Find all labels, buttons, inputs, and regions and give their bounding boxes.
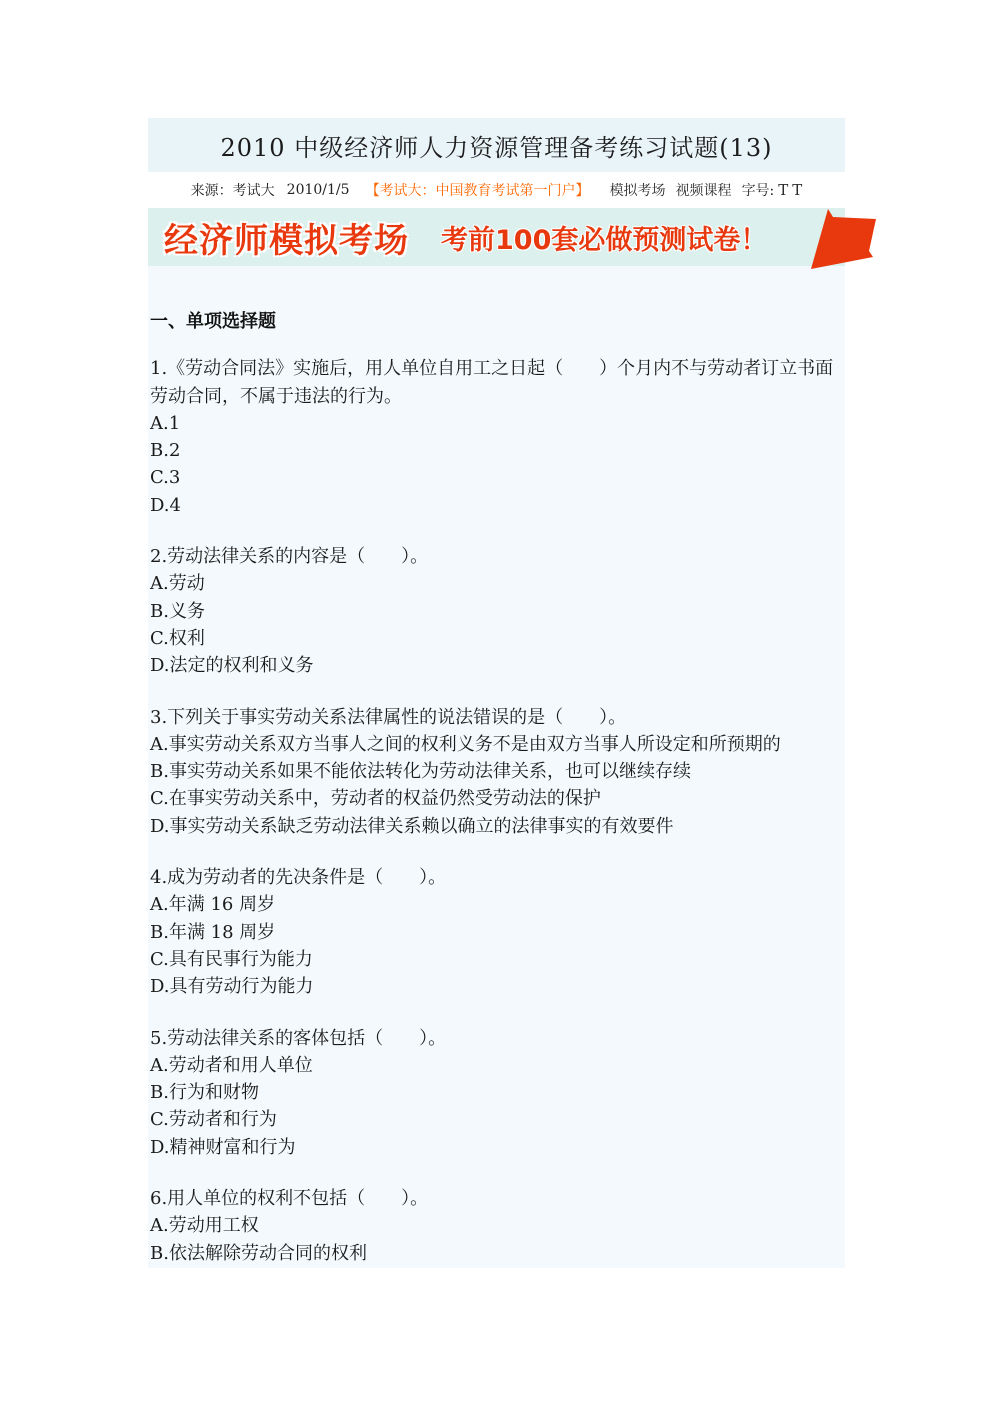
question-3-option-b: B.事实劳动关系如果不能依法转化为劳动法律关系，也可以继续存续 <box>150 758 843 785</box>
question-6-option-a: A.劳动用工权 <box>150 1212 843 1239</box>
question-2-option-b: B.义务 <box>150 598 843 625</box>
question-block-6: 6.用人单位的权利不包括（ ）。 A.劳动用工权 B.依法解除劳动合同的权利 <box>150 1185 843 1267</box>
question-block-4: 4.成为劳动者的先决条件是（ ）。 A.年满 16 周岁 B.年满 18 周岁 … <box>150 864 843 1000</box>
promo-banner[interactable]: 经济师模拟考场 考前100套必做预测试卷！ <box>148 208 845 266</box>
question-2-option-c: C.权利 <box>150 625 843 652</box>
banner-brand-text: 经济师模拟考场 <box>164 213 409 262</box>
question-1-option-a: A.1 <box>150 410 843 437</box>
font-size-large-button[interactable]: T <box>778 181 788 199</box>
question-1-text: 1.《劳动合同法》实施后，用人单位自用工之日起（ ）个月内不与劳动者订立书面劳动… <box>150 355 843 410</box>
title-band: 2010 中级经济师人力资源管理备考练习试题(13) <box>148 118 845 172</box>
question-block-3: 3.下列关于事实劳动关系法律属性的说法错误的是（ ）。 A.事实劳动关系双方当事… <box>150 704 843 840</box>
page-title: 2010 中级经济师人力资源管理备考练习试题(13) <box>221 128 773 163</box>
question-2-option-a: A.劳动 <box>150 570 843 597</box>
question-5-option-d: D.精神财富和行为 <box>150 1134 843 1161</box>
document-page: 2010 中级经济师人力资源管理备考练习试题(13) 来源：考试大 2010/1… <box>148 0 845 1268</box>
portal-link[interactable]: 【考试大：中国教育考试第一门户】 <box>366 180 590 200</box>
red-flag-ribbon-icon <box>793 203 878 275</box>
banner-slogan-text: 考前100套必做预测试卷！ <box>441 218 767 257</box>
question-4-option-b: B.年满 18 周岁 <box>150 919 843 946</box>
video-course-link[interactable]: 视频课程 <box>676 180 732 200</box>
question-4-text: 4.成为劳动者的先决条件是（ ）。 <box>150 864 843 891</box>
question-3-text: 3.下列关于事实劳动关系法律属性的说法错误的是（ ）。 <box>150 704 843 731</box>
question-content: 一、单项选择题 1.《劳动合同法》实施后，用人单位自用工之日起（ ）个月内不与劳… <box>148 266 845 1268</box>
question-5-text: 5.劳动法律关系的客体包括（ ）。 <box>150 1025 843 1052</box>
question-3-option-d: D.事实劳动关系缺乏劳动法律关系赖以确立的法律事实的有效要件 <box>150 813 843 840</box>
font-size-small-button[interactable]: T <box>792 181 802 199</box>
question-6-text: 6.用人单位的权利不包括（ ）。 <box>150 1185 843 1212</box>
question-block-5: 5.劳动法律关系的客体包括（ ）。 A.劳动者和用人单位 B.行为和财物 C.劳… <box>150 1025 843 1161</box>
question-block-2: 2.劳动法律关系的内容是（ ）。 A.劳动 B.义务 C.权利 D.法定的权利和… <box>150 543 843 679</box>
question-4-option-d: D.具有劳动行为能力 <box>150 973 843 1000</box>
question-5-option-b: B.行为和财物 <box>150 1079 843 1106</box>
question-2-text: 2.劳动法律关系的内容是（ ）。 <box>150 543 843 570</box>
source-date: 2010/1/5 <box>287 182 350 198</box>
question-5-option-c: C.劳动者和行为 <box>150 1106 843 1133</box>
question-1-option-c: C.3 <box>150 464 843 491</box>
question-3-option-a: A.事实劳动关系双方当事人之间的权利义务不是由双方当事人所设定和所预期的 <box>150 731 843 758</box>
question-1-option-d: D.4 <box>150 492 843 519</box>
section-heading: 一、单项选择题 <box>150 308 843 335</box>
source-row: 来源：考试大 2010/1/5 【考试大：中国教育考试第一门户】 模拟考场 视频… <box>148 172 845 208</box>
question-4-option-c: C.具有民事行为能力 <box>150 946 843 973</box>
question-5-option-a: A.劳动者和用人单位 <box>150 1052 843 1079</box>
question-2-option-d: D.法定的权利和义务 <box>150 652 843 679</box>
font-size-label: 字号: <box>742 180 775 200</box>
question-6-option-b: B.依法解除劳动合同的权利 <box>150 1240 843 1267</box>
question-4-option-a: A.年满 16 周岁 <box>150 891 843 918</box>
question-3-option-c: C.在事实劳动关系中，劳动者的权益仍然受劳动法的保护 <box>150 785 843 812</box>
question-1-option-b: B.2 <box>150 437 843 464</box>
source-origin-label: 来源：考试大 <box>191 180 275 200</box>
question-block-1: 1.《劳动合同法》实施后，用人单位自用工之日起（ ）个月内不与劳动者订立书面劳动… <box>150 355 843 519</box>
mock-exam-link[interactable]: 模拟考场 <box>610 180 666 200</box>
